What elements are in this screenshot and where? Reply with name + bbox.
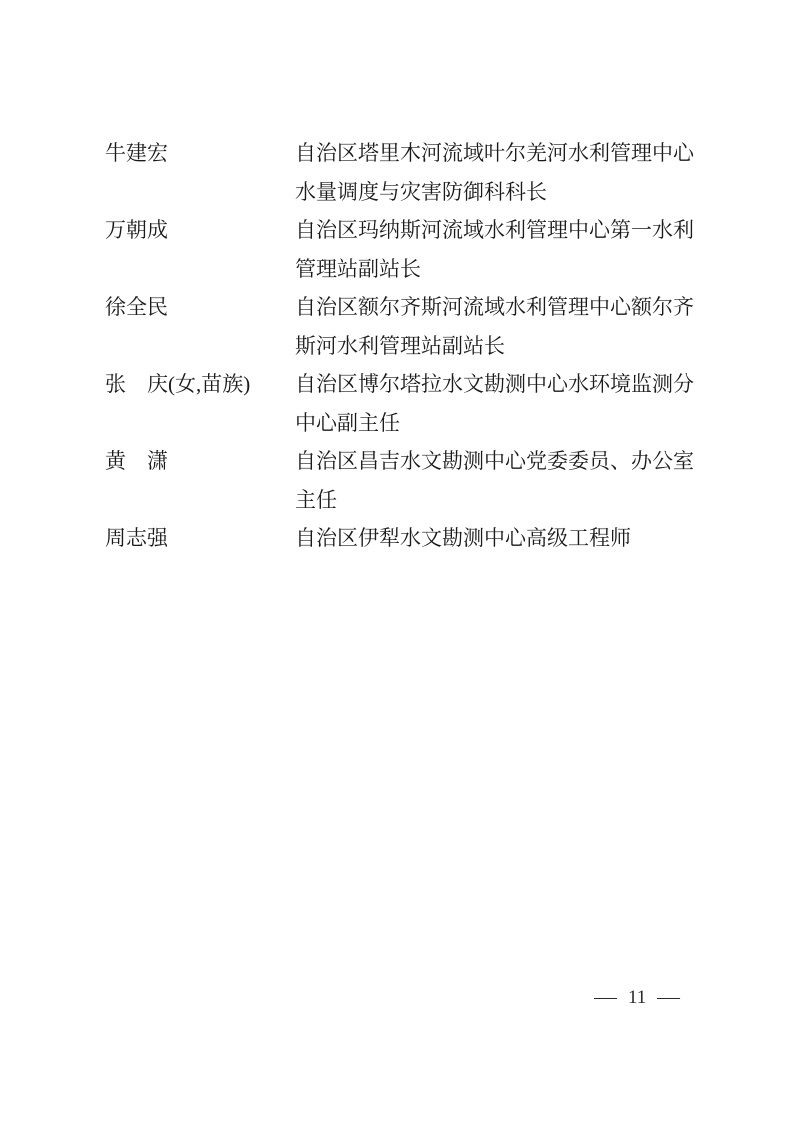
- page-number: — 11 —: [596, 986, 678, 1010]
- person-name: 张 庆(女,苗族): [105, 365, 295, 404]
- roster-entry: 黄 潇 自治区昌吉水文勘测中心党委委员、办公室主任: [105, 442, 705, 519]
- roster-entry: 周志强 自治区伊犁水文勘测中心高级工程师: [105, 519, 705, 558]
- person-title: 自治区玛纳斯河流域水利管理中心第一水利管理站副站长: [295, 211, 695, 288]
- person-title: 自治区伊犁水文勘测中心高级工程师: [295, 519, 695, 558]
- roster-entry: 张 庆(女,苗族) 自治区博尔塔拉水文勘测中心水环境监测分中心副主任: [105, 365, 705, 442]
- roster-entry: 牛建宏 自治区塔里木河流域叶尔羌河水利管理中心水量调度与灾害防御科科长: [105, 134, 705, 211]
- page-number-value: 11: [628, 986, 646, 1010]
- roster-entry: 徐全民 自治区额尔齐斯河流域水利管理中心额尔齐斯河水利管理站副站长: [105, 288, 705, 365]
- person-title: 自治区博尔塔拉水文勘测中心水环境监测分中心副主任: [295, 365, 695, 442]
- page-number-left-dash: —: [594, 986, 617, 1010]
- roster-entry: 万朝成 自治区玛纳斯河流域水利管理中心第一水利管理站副站长: [105, 211, 705, 288]
- person-title: 自治区额尔齐斯河流域水利管理中心额尔齐斯河水利管理站副站长: [295, 288, 695, 365]
- person-name: 牛建宏: [105, 134, 295, 173]
- personnel-roster: 牛建宏 自治区塔里木河流域叶尔羌河水利管理中心水量调度与灾害防御科科长 万朝成 …: [105, 134, 705, 558]
- person-name: 周志强: [105, 519, 295, 558]
- person-title: 自治区昌吉水文勘测中心党委委员、办公室主任: [295, 442, 695, 519]
- person-title: 自治区塔里木河流域叶尔羌河水利管理中心水量调度与灾害防御科科长: [295, 134, 695, 211]
- page-number-right-dash: —: [657, 986, 680, 1010]
- document-page: 牛建宏 自治区塔里木河流域叶尔羌河水利管理中心水量调度与灾害防御科科长 万朝成 …: [0, 0, 793, 1122]
- person-name: 黄 潇: [105, 442, 295, 481]
- person-name: 万朝成: [105, 211, 295, 250]
- person-name: 徐全民: [105, 288, 295, 327]
